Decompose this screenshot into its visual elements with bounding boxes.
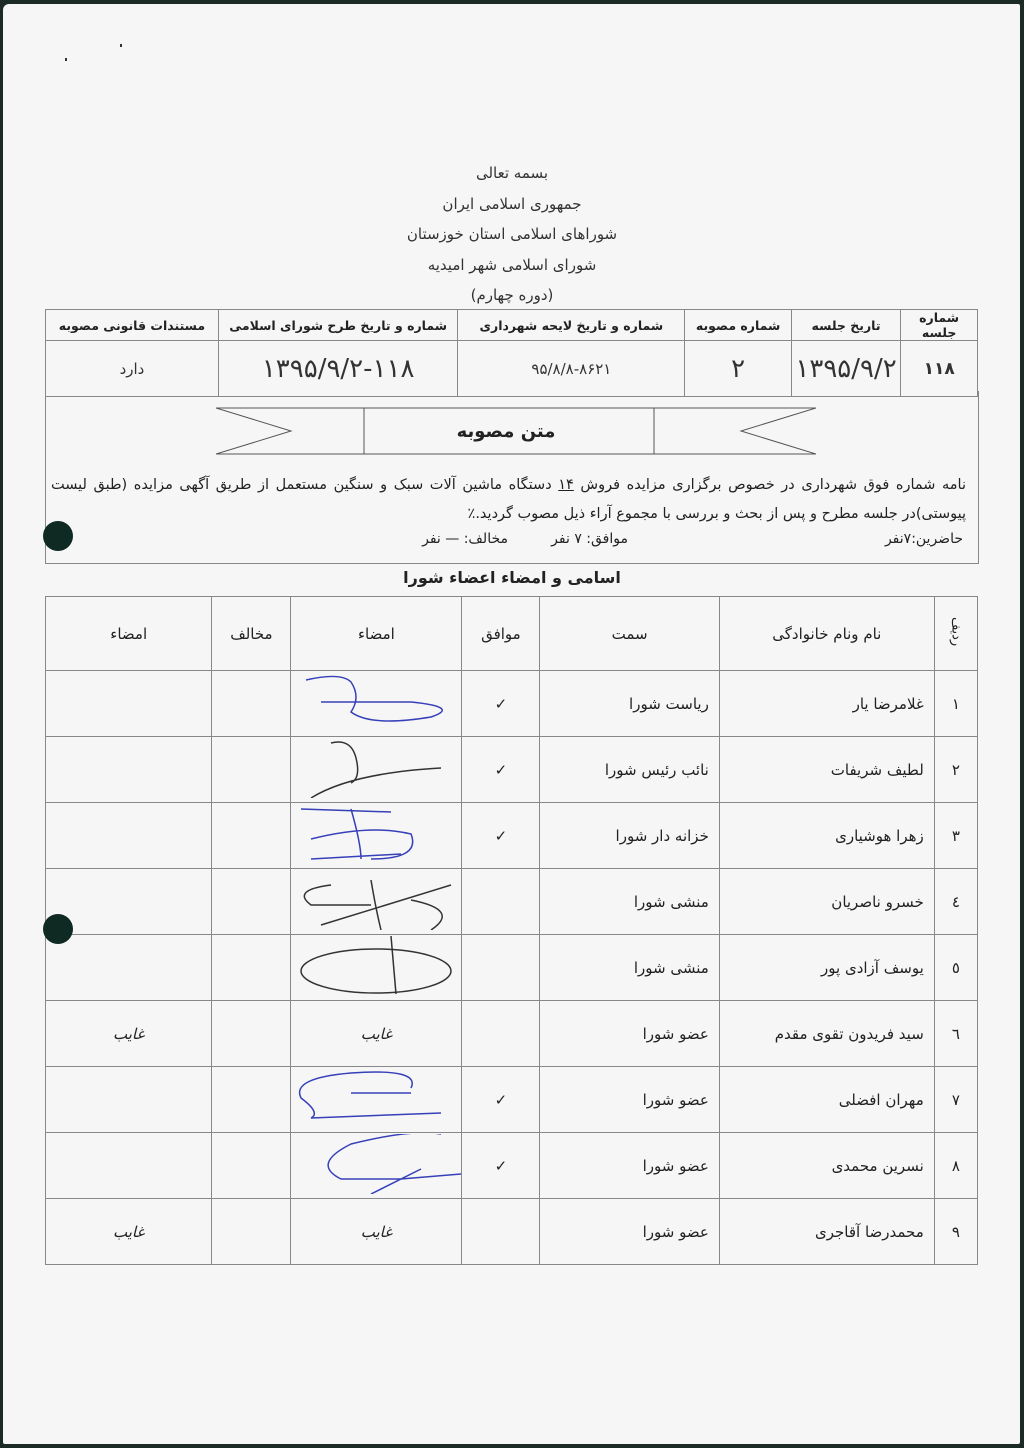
- col-row: ردیف: [934, 597, 977, 671]
- col-signature-2: امضاء: [46, 597, 212, 671]
- header-line-republic: جمهوری اسلامی ایران: [0, 189, 1024, 220]
- row-number: ٦: [934, 1001, 977, 1067]
- col-session-date: تاریخ جلسه: [791, 310, 900, 341]
- scan-speck: [120, 44, 122, 47]
- col-session-number: شماره جلسه: [901, 310, 978, 341]
- col-name: نام ونام خانوادگی: [719, 597, 934, 671]
- row-number: ۳: [934, 803, 977, 869]
- signature-icon: [291, 1134, 461, 1194]
- col-council-plan: شماره و تاریخ طرح شورای اسلامی: [218, 310, 457, 341]
- punch-hole: [43, 521, 73, 551]
- col-agree: موافق: [462, 597, 540, 671]
- col-resolution-number: شماره مصوبه: [685, 310, 791, 341]
- signature-icon: [291, 672, 461, 732]
- resolution-paragraph: نامه شماره فوق شهرداری در خصوص برگزاری م…: [51, 471, 966, 529]
- member-role: عضو شورا: [540, 1199, 719, 1265]
- session-date-value: ۱۳۹۵/۹/۲: [791, 341, 900, 397]
- signature-icon: [291, 870, 461, 930]
- header-line-basmala: بسمه تعالی: [0, 158, 1024, 189]
- header-line-province: شوراهای اسلامی استان خوزستان: [0, 219, 1024, 250]
- header-line-term: (دوره چهارم): [0, 280, 1024, 311]
- session-number-value: ۱۱۸: [901, 341, 978, 397]
- member-role: منشی شورا: [540, 869, 719, 935]
- row-number: ٥: [934, 935, 977, 1001]
- signature-2-cell: [46, 737, 212, 803]
- paragraph-count: ۱۴: [558, 477, 574, 493]
- oppose-mark: [212, 1001, 291, 1067]
- absent-note-2: غایب: [46, 1001, 212, 1067]
- oppose-mark: [212, 803, 291, 869]
- col-legal-basis: مستندات قانونی مصوبه: [46, 310, 219, 341]
- signature-icon: [291, 1068, 461, 1128]
- agree-mark: [462, 869, 540, 935]
- table-row: ۱ غلامرضا یار ریاست شورا ✓: [46, 671, 978, 737]
- signature-2-cell: [46, 671, 212, 737]
- col-signature: امضاء: [291, 597, 462, 671]
- signature-2-cell: [46, 803, 212, 869]
- agree-mark: ✓: [462, 803, 540, 869]
- resolution-number-value: ۲: [685, 341, 791, 397]
- member-role: ریاست شورا: [540, 671, 719, 737]
- info-header-row: شماره جلسه تاریخ جلسه شماره مصوبه شماره …: [46, 310, 978, 341]
- signature-cell: [291, 1067, 462, 1133]
- member-name: لطیف شریفات: [719, 737, 934, 803]
- table-row: ۷ مهران افضلی عضو شورا ✓: [46, 1067, 978, 1133]
- member-role: منشی شورا: [540, 935, 719, 1001]
- oppose-mark: [212, 935, 291, 1001]
- member-role: عضو شورا: [540, 1133, 719, 1199]
- council-plan-value: ۱۳۹۵/۹/۲-۱۱۸: [218, 341, 457, 397]
- oppose-count: مخالف: — نفر: [422, 531, 508, 547]
- members-table: ردیف نام ونام خانوادگی سمت موافق امضاء م…: [45, 596, 978, 1265]
- oppose-mark: [212, 737, 291, 803]
- member-name: سید فریدون تقوی مقدم: [719, 1001, 934, 1067]
- col-role: سمت: [540, 597, 719, 671]
- absent-note: غایب: [291, 1001, 462, 1067]
- row-number: ٤: [934, 869, 977, 935]
- oppose-mark: [212, 1199, 291, 1265]
- present-count: حاضرین:۷نفر: [885, 531, 963, 547]
- absent-note: غایب: [291, 1199, 462, 1265]
- row-number: ۸: [934, 1133, 977, 1199]
- members-section-title: اسامی و امضاء اعضاء شورا: [0, 568, 1024, 587]
- agree-mark: ✓: [462, 737, 540, 803]
- signature-2-cell: [46, 1067, 212, 1133]
- paragraph-part1: نامه شماره فوق شهرداری در خصوص برگزاری م…: [574, 477, 966, 493]
- row-number: ۷: [934, 1067, 977, 1133]
- signature-cell: [291, 803, 462, 869]
- resolution-text-title: متن مصوبه: [364, 421, 648, 442]
- signature-icon: [291, 804, 461, 864]
- resolution-text-box: متن مصوبه نامه شماره فوق شهرداری در خصوص…: [45, 391, 979, 564]
- signature-cell: [291, 671, 462, 737]
- table-row: ٥ یوسف آزادی پور منشی شورا: [46, 935, 978, 1001]
- member-name: محمدرضا آقاجری: [719, 1199, 934, 1265]
- signature-2-cell: [46, 935, 212, 1001]
- member-name: غلامرضا یار: [719, 671, 934, 737]
- punch-hole: [43, 914, 73, 944]
- agree-mark: ✓: [462, 671, 540, 737]
- table-row: ۲ لطیف شریفات نائب رئیس شورا ✓: [46, 737, 978, 803]
- signature-cell: [291, 1133, 462, 1199]
- agree-mark: [462, 1001, 540, 1067]
- oppose-mark: [212, 869, 291, 935]
- col-municipality-bill: شماره و تاریخ لایحه شهرداری: [458, 310, 685, 341]
- signature-icon: [291, 936, 461, 996]
- row-number: ۹: [934, 1199, 977, 1265]
- signature-cell: [291, 935, 462, 1001]
- member-role: خزانه دار شورا: [540, 803, 719, 869]
- scan-speck: [65, 58, 67, 61]
- document-header: بسمه تعالی جمهوری اسلامی ایران شوراهای ا…: [0, 158, 1024, 311]
- member-name: نسرین محمدی: [719, 1133, 934, 1199]
- agree-mark: [462, 935, 540, 1001]
- member-name: خسرو ناصریان: [719, 869, 934, 935]
- member-name: یوسف آزادی پور: [719, 935, 934, 1001]
- agree-count: موافق: ۷ نفر: [551, 531, 628, 547]
- agree-mark: [462, 1199, 540, 1265]
- header-line-city-council: شورای اسلامی شهر امیدیه: [0, 250, 1024, 281]
- oppose-mark: [212, 1133, 291, 1199]
- table-row: ٦ سید فریدون تقوی مقدم عضو شورا غایب غای…: [46, 1001, 978, 1067]
- agree-mark: ✓: [462, 1067, 540, 1133]
- member-role: عضو شورا: [540, 1067, 719, 1133]
- row-number: ۲: [934, 737, 977, 803]
- member-role: عضو شورا: [540, 1001, 719, 1067]
- absent-note-2: غایب: [46, 1199, 212, 1265]
- signature-2-cell: [46, 1133, 212, 1199]
- legal-basis-value: دارد: [46, 341, 219, 397]
- table-row: ۸ نسرین محمدی عضو شورا ✓: [46, 1133, 978, 1199]
- table-row: ٤ خسرو ناصریان منشی شورا: [46, 869, 978, 935]
- oppose-mark: [212, 671, 291, 737]
- member-name: مهران افضلی: [719, 1067, 934, 1133]
- col-oppose: مخالف: [212, 597, 291, 671]
- signature-cell: [291, 737, 462, 803]
- info-value-row: ۱۱۸ ۱۳۹۵/۹/۲ ۲ ۹۵/۸/۸-۸۶۲۱ ۱۳۹۵/۹/۲-۱۱۸ …: [46, 341, 978, 397]
- table-row: ۳ زهرا هوشیاری خزانه دار شورا ✓: [46, 803, 978, 869]
- signature-icon: [291, 738, 461, 798]
- table-row: ۹ محمدرضا آقاجری عضو شورا غایب غایب: [46, 1199, 978, 1265]
- municipality-bill-value: ۹۵/۸/۸-۸۶۲۱: [458, 341, 685, 397]
- resolution-info-table: شماره جلسه تاریخ جلسه شماره مصوبه شماره …: [45, 309, 978, 397]
- member-name: زهرا هوشیاری: [719, 803, 934, 869]
- vote-counts: حاضرین:۷نفر موافق: ۷ نفر مخالف: — نفر: [48, 531, 963, 555]
- signature-cell: [291, 869, 462, 935]
- row-number: ۱: [934, 671, 977, 737]
- member-role: نائب رئیس شورا: [540, 737, 719, 803]
- oppose-mark: [212, 1067, 291, 1133]
- agree-mark: ✓: [462, 1133, 540, 1199]
- members-header-row: ردیف نام ونام خانوادگی سمت موافق امضاء م…: [46, 597, 978, 671]
